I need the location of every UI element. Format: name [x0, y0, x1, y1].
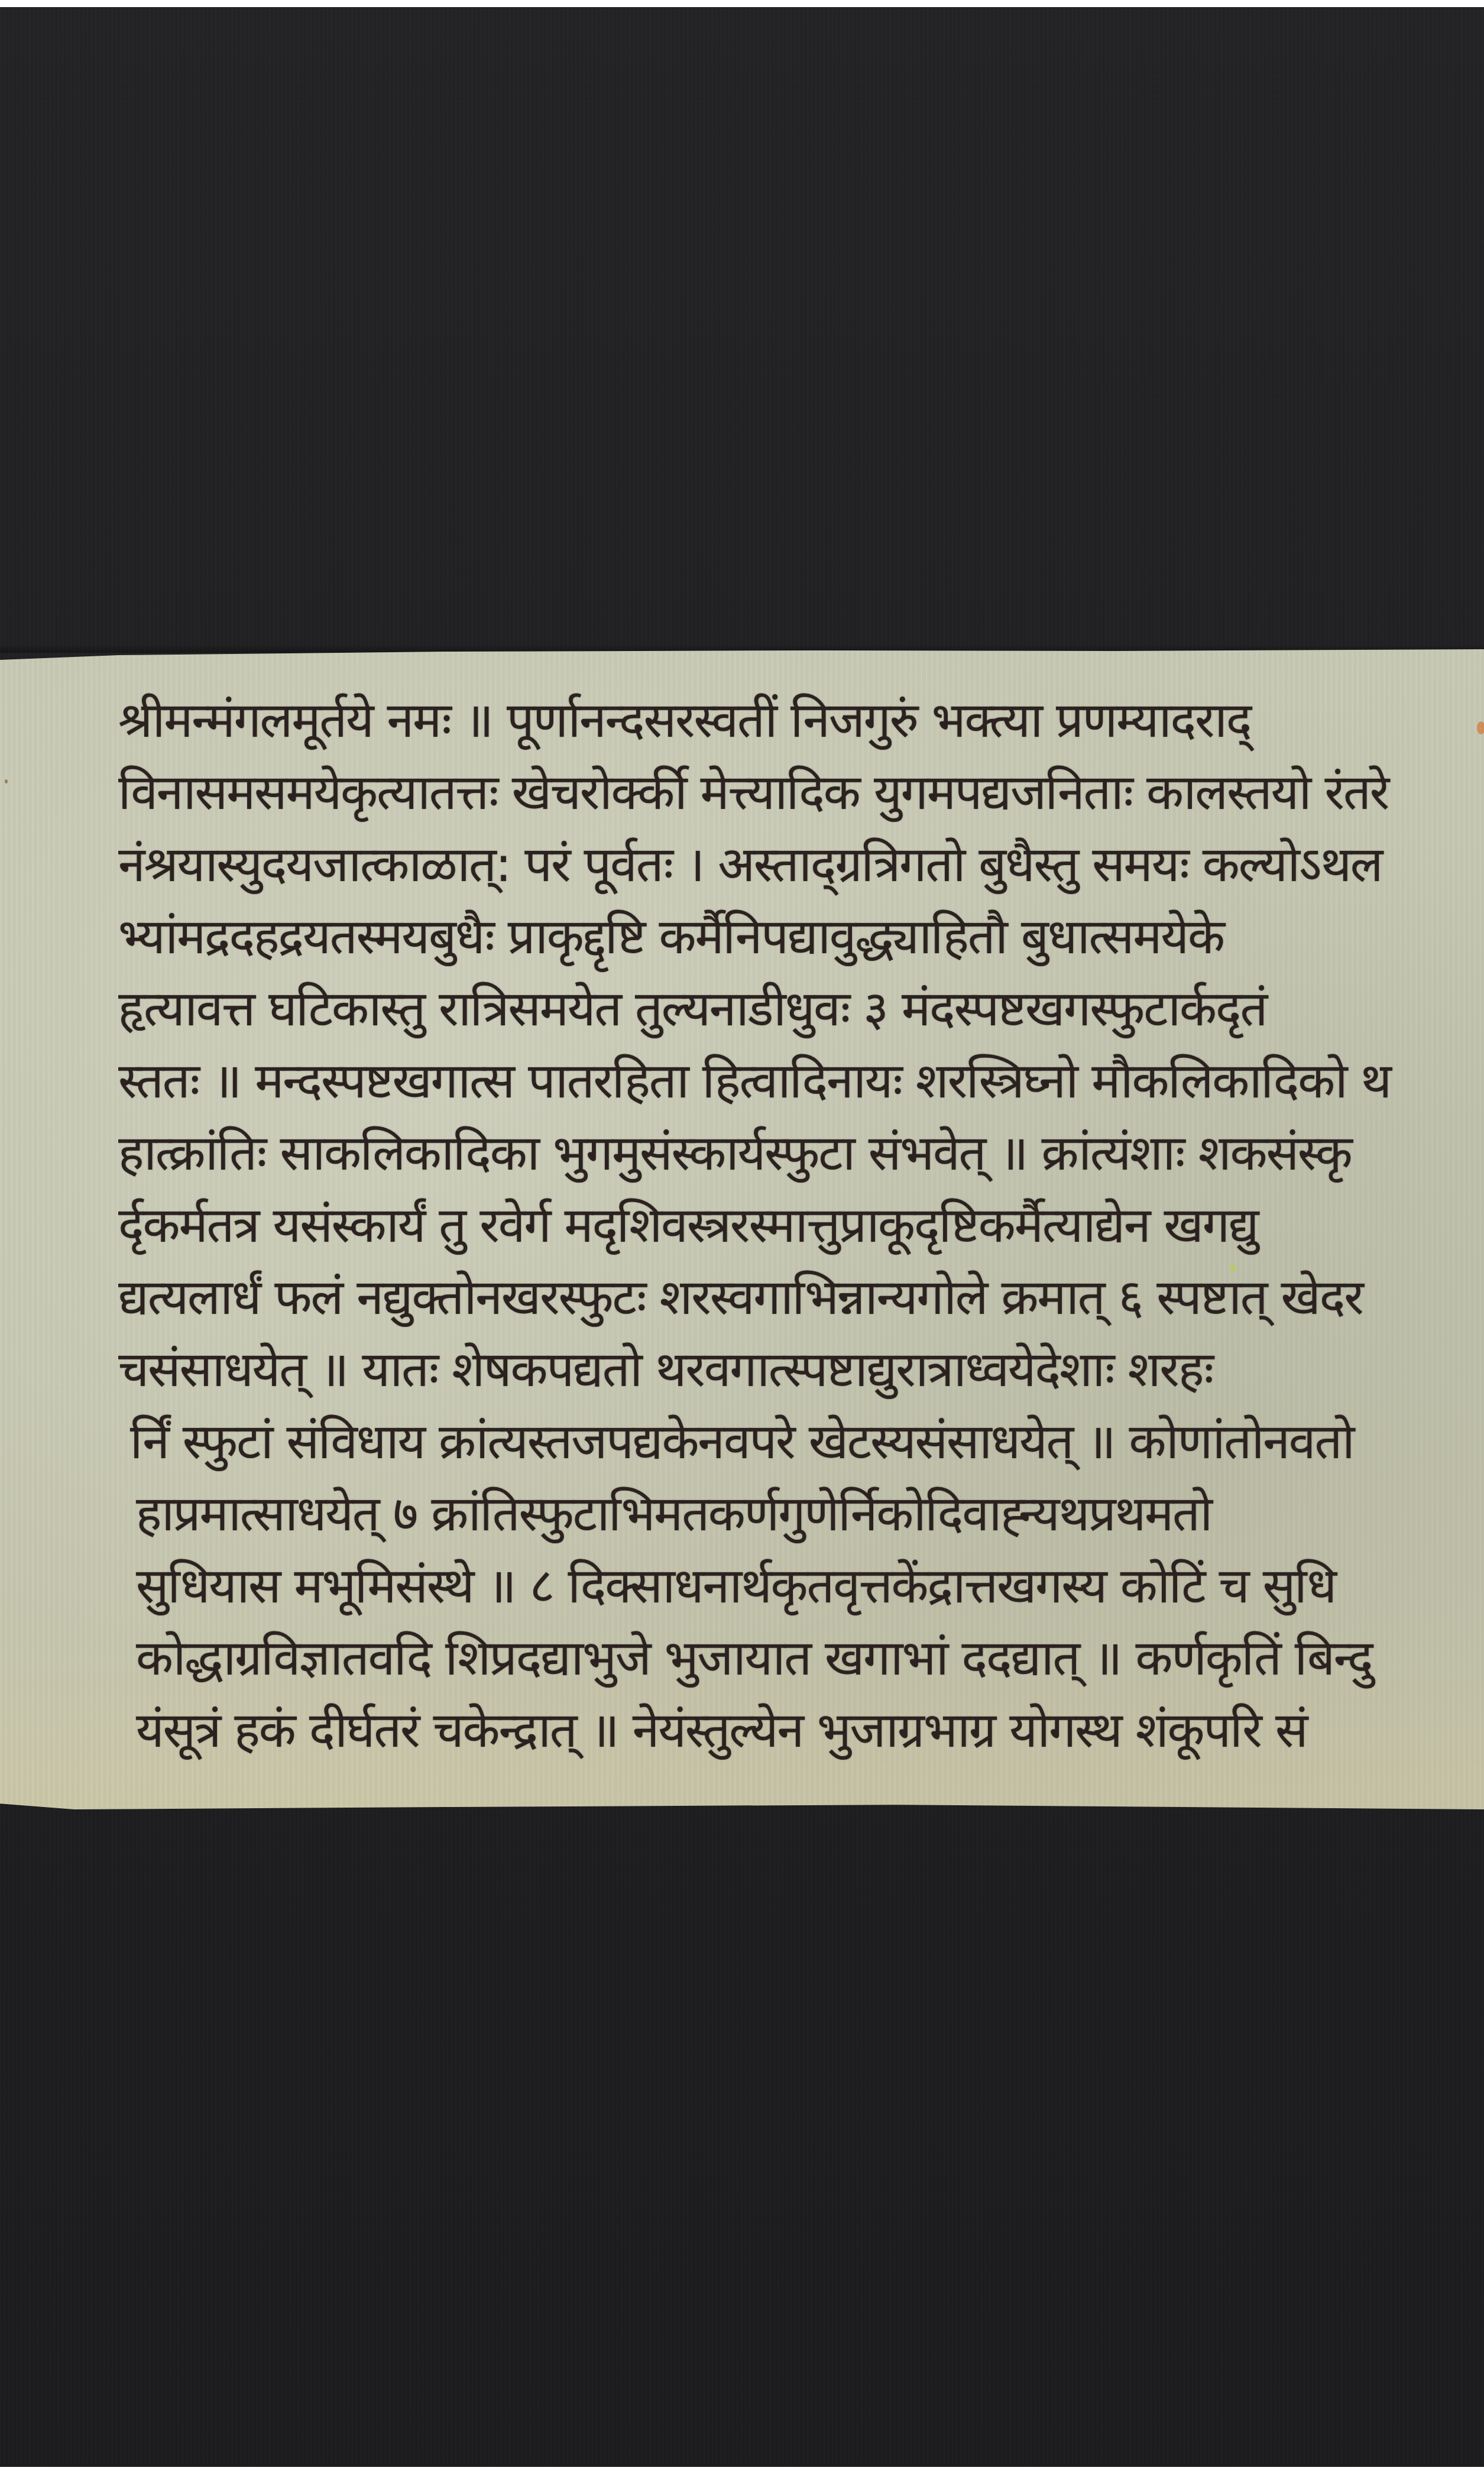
- manuscript-text-block: श्रीमन्मंगलमूर्तये नमः ॥ पूर्णानन्दसरस्व…: [118, 685, 1484, 1767]
- manuscript-line-11: र्निं स्फुटां संविधाय क्रांत्यस्तजपद्यके…: [118, 1406, 1484, 1478]
- manuscript-line-1: श्रीमन्मंगलमूर्तये नमः ॥ पूर्णानन्दसरस्व…: [118, 685, 1484, 757]
- manuscript-line-5: हृत्यावत्त घटिकास्तु रात्रिसमयेत तुल्यना…: [118, 973, 1484, 1045]
- manuscript-line-12: हाप्रमात्साधयेत् ७ क्रांतिस्फुटाभिमतकर्ण…: [118, 1478, 1484, 1550]
- manuscript-line-15: यंसूत्रं हकं दीर्घतरं चकेन्द्रात् ॥ नेयं…: [118, 1695, 1484, 1767]
- manuscript-line-10: चसंसाधयेत् ॥ यातः शेषकपद्यतो थरवगात्स्पष…: [118, 1334, 1484, 1406]
- manuscript-line-9: द्यत्यलार्धं फलं नद्युक्तोनखरस्फुटः शरस्…: [118, 1262, 1484, 1334]
- orange-pigment-spot: [1477, 721, 1484, 734]
- manuscript-line-3: नंश्रयास्युदयजात्काळात्: परं पूर्वतः । अ…: [118, 829, 1484, 901]
- yellow-pigment-spot-2: [1230, 1265, 1236, 1271]
- margin-speck: [5, 779, 8, 783]
- manuscript-line-6: स्ततः ॥ मन्दस्पष्टखगात्स पातरहिता हित्वा…: [118, 1045, 1484, 1118]
- manuscript-line-7: हात्क्रांतिः साकलिकादिका भुगमुसंस्कार्यस…: [118, 1118, 1484, 1190]
- manuscript-line-2: विनासमसमयेकृत्यातत्तः खेचरोर्क्की मेत्त्…: [118, 757, 1484, 829]
- manuscript-line-14: कोद्धाग्रविज्ञातवदि शिप्रदद्याभुजे भुजाय…: [118, 1623, 1484, 1695]
- manuscript-line-4: भ्यांमद्रदहद्रयतस्मयबुधैः प्राकृद्दृष्टि…: [118, 901, 1484, 973]
- manuscript-line-8: र्दृकर्मतत्र यसंस्कार्यं तु रवेर्ग मदृशि…: [118, 1190, 1484, 1262]
- manuscript-line-13: सुधियास मभूमिसंस्थे ॥ ८ दिक्साधनार्थकृतव…: [118, 1550, 1484, 1623]
